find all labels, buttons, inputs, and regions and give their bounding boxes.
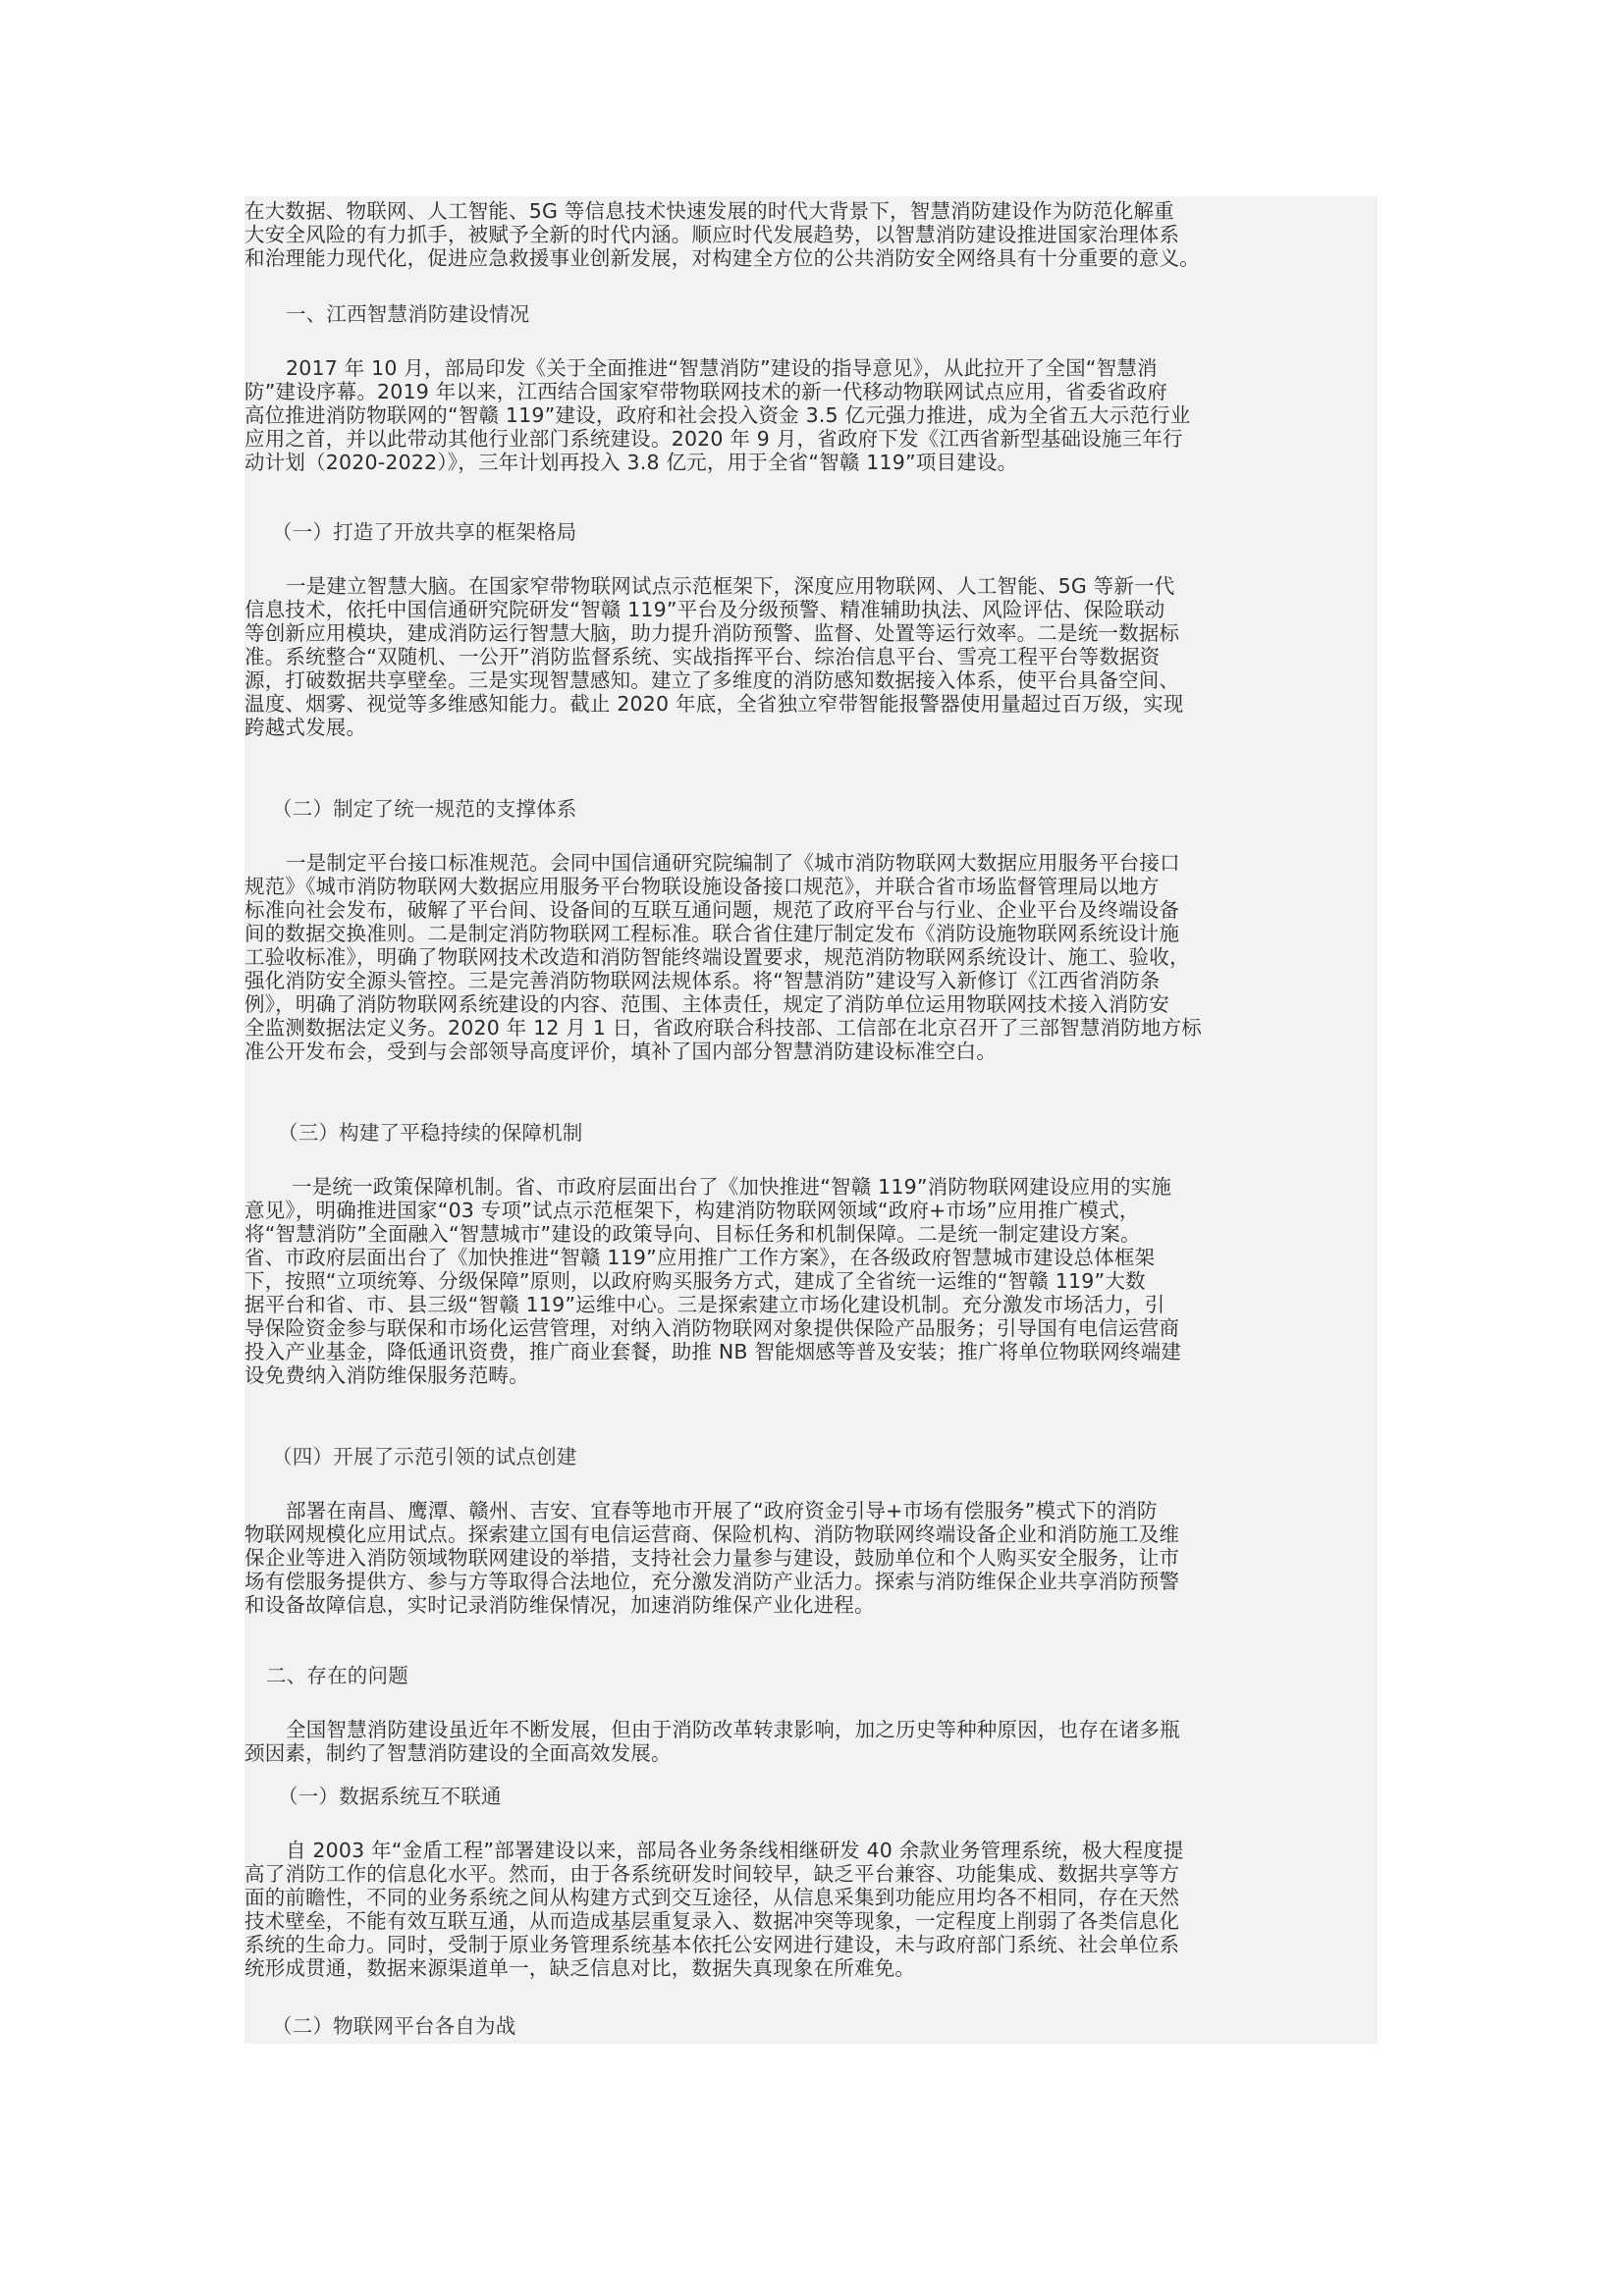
paragraph-line: 统形成贯通，数据来源渠道单一，缺乏信息对比，数据失真现象在所难免。 xyxy=(244,1956,915,1980)
paragraph-line: 设免费纳入消防维保服务范畴。 xyxy=(244,1363,529,1387)
section-heading: 一、江西智慧消防建设情况 xyxy=(286,302,529,326)
paragraph-line: 据平台和省、市、县三级“智赣 119”运维中心。三是探索建立市场化建设机制。充分… xyxy=(244,1293,1164,1316)
paragraph-line: 自 2003 年“金盾工程”部署建设以来，部局各业务条线相继研发 40 余款业务… xyxy=(286,1839,1184,1862)
paragraph-line: 一是建立智慧大脑。在国家窄带物联网试点示范框架下，深度应用物联网、人工智能、5G… xyxy=(286,574,1174,598)
subsection-heading: （二）物联网平台各自为战 xyxy=(272,2014,515,2038)
paragraph-line: 部署在南昌、鹰潭、赣州、吉安、宜春等地市开展了“政府资金引导+市场有偿服务”模式… xyxy=(286,1499,1158,1522)
paragraph-line: 和设备故障信息，实时记录消防维保情况，加速消防维保产业化进程。 xyxy=(244,1593,875,1617)
paragraph-line: 动计划（2020-2022）》，三年计划再投入 3.8 亿元，用于全省“智赣 1… xyxy=(244,451,1017,474)
paragraph-line: 颈因素，制约了智慧消防建设的全面高效发展。 xyxy=(244,1741,672,1765)
paragraph-line: 等创新应用模块，建成消防运行智慧大脑，助力提升消防预警、监督、处置等运行效率。二… xyxy=(244,621,1179,645)
paragraph-line: 例》，明确了消防物联网系统建设的内容、范围、主体责任，规定了消防单位运用物联网技… xyxy=(244,992,1169,1016)
paragraph-line: 防”建设序幕。2019 年以来，江西结合国家窄带物联网技术的新一代移动物联网试点… xyxy=(244,380,1167,403)
paragraph-line: 跨越式发展。 xyxy=(244,716,366,739)
paragraph-line: 高了消防工作的信息化水平。然而，由于各系统研发时间较早，缺乏平台兼容、功能集成、… xyxy=(244,1862,1179,1886)
subsection-heading: （一）数据系统互不联通 xyxy=(278,1785,502,1808)
paragraph-line: 强化消防安全源头管控。三是完善消防物联网法规体系。将“智慧消防”建设写入新修订《… xyxy=(244,969,1160,992)
paragraph-line: 面的前瞻性，不同的业务系统之间从构建方式到交互途径，从信息采集到功能应用均各不相… xyxy=(244,1886,1179,1909)
paragraph-line: 标准向社会发布，破解了平台间、设备间的互联互通问题，规范了政府平台与行业、企业平… xyxy=(244,898,1179,922)
document-page: 在大数据、物联网、人工智能、5G 等信息技术快速发展的时代大背景下，智慧消防建设… xyxy=(244,196,1378,2044)
paragraph-line: 2017 年 10 月，部局印发《关于全面推进“智慧消防”建设的指导意见》，从此… xyxy=(286,356,1158,380)
paragraph-line: 高位推进消防物联网的“智赣 119”建设，政府和社会投入资金 3.5 亿元强力推… xyxy=(244,403,1190,427)
subsection-heading: （一）打造了开放共享的框架格局 xyxy=(272,520,577,544)
subsection-heading: （二）制定了统一规范的支撑体系 xyxy=(272,797,577,821)
intro-line: 和治理能力现代化，促进应急救援事业创新发展，对构建全方位的公共消防安全网络具有十… xyxy=(244,246,1200,270)
paragraph-line: 一是统一政策保障机制。省、市政府层面出台了《加快推进“智赣 119”消防物联网建… xyxy=(292,1175,1171,1199)
paragraph-line: 信息技术，依托中国信通研究院研发“智赣 119”平台及分级预警、精准辅助执法、风… xyxy=(244,598,1164,621)
paragraph-line: 间的数据交换准则。二是制定消防物联网工程标准。联合省住建厅制定发布《消防设施物联… xyxy=(244,922,1179,945)
paragraph-line: 导保险资金参与联保和市场化运营管理，对纳入消防物联网对象提供保险产品服务；引导国… xyxy=(244,1316,1179,1340)
paragraph-line: 工验收标准》，明确了物联网技术改造和消防智能终端设置要求，规范消防物联网系统设计… xyxy=(244,945,1190,969)
paragraph-line: 投入产业基金，降低通讯资费，推广商业套餐，助推 NB 智能烟感等普及安装；推广将… xyxy=(244,1340,1181,1363)
paragraph-line: 系统的生命力。同时，受制于原业务管理系统基本依托公安网进行建设，未与政府部门系统… xyxy=(244,1933,1179,1956)
intro-line: 大安全风险的有力抓手，被赋予全新的时代内涵。顺应时代发展趋势，以智慧消防建设推进… xyxy=(244,223,1179,246)
paragraph-line: 温度、烟雾、视觉等多维感知能力。截止 2020 年底，全省独立窄带智能报警器使用… xyxy=(244,692,1184,716)
paragraph-line: 应用之首，并以此带动其他行业部门系统建设。2020 年 9 月，省政府下发《江西… xyxy=(244,427,1183,451)
paragraph-line: 一是制定平台接口标准规范。会同中国信通研究院编制了《城市消防物联网大数据应用服务… xyxy=(286,851,1180,875)
intro-line: 在大数据、物联网、人工智能、5G 等信息技术快速发展的时代大背景下，智慧消防建设… xyxy=(244,199,1174,223)
paragraph-line: 将“智慧消防”全面融入“智慧城市”建设的政策导向、目标任务和机制保障。二是统一制… xyxy=(244,1222,1141,1246)
paragraph-line: 全监测数据法定义务。2020 年 12 月 1 日，省政府联合科技部、工信部在北… xyxy=(244,1016,1202,1040)
paragraph-line: 意见》，明确推进国家“03 专项”试点示范框架下，构建消防物联网领域“政府+市场… xyxy=(244,1199,1140,1222)
subsection-heading: （四）开展了示范引领的试点创建 xyxy=(272,1445,577,1468)
paragraph-line: 省、市政府层面出台了《加快推进“智赣 119”应用推广工作方案》，在各级政府智慧… xyxy=(244,1246,1155,1269)
paragraph-line: 场有偿服务提供方、参与方等取得合法地位，充分激发消防产业活力。探索与消防维保企业… xyxy=(244,1570,1179,1593)
subsection-heading: （三）构建了平稳持续的保障机制 xyxy=(278,1121,583,1145)
section-heading: 二、存在的问题 xyxy=(266,1664,408,1687)
paragraph-line: 下，按照“立项统筹、分级保障”原则，以政府购买服务方式，建成了全省统一运维的“智… xyxy=(244,1269,1146,1293)
paragraph-line: 保企业等进入消防领域物联网建设的举措，支持社会力量参与建设，鼓励单位和个人购买安… xyxy=(244,1546,1179,1570)
paragraph-line: 全国智慧消防建设虽近年不断发展，但由于消防改革转隶影响，加之历史等种种原因，也存… xyxy=(286,1718,1180,1741)
paragraph-line: 源，打破数据共享壁垒。三是实现智慧感知。建立了多维度的消防感知数据接入体系，使平… xyxy=(244,668,1179,692)
paragraph-line: 准公开发布会，受到与会部领导高度评价，填补了国内部分智慧消防建设标准空白。 xyxy=(244,1040,997,1063)
paragraph-line: 规范》《城市消防物联网大数据应用服务平台物联设施设备接口规范》，并联合省市场监督… xyxy=(244,875,1160,898)
paragraph-line: 技术壁垒，不能有效互联互通，从而造成基层重复录入、数据冲突等现象，一定程度上削弱… xyxy=(244,1909,1179,1933)
paragraph-line: 准。系统整合“双随机、一公开”消防监督系统、实战指挥平台、综治信息平台、雪亮工程… xyxy=(244,645,1160,668)
paragraph-line: 物联网规模化应用试点。探索建立国有电信运营商、保险机构、消防物联网终端设备企业和… xyxy=(244,1522,1179,1546)
